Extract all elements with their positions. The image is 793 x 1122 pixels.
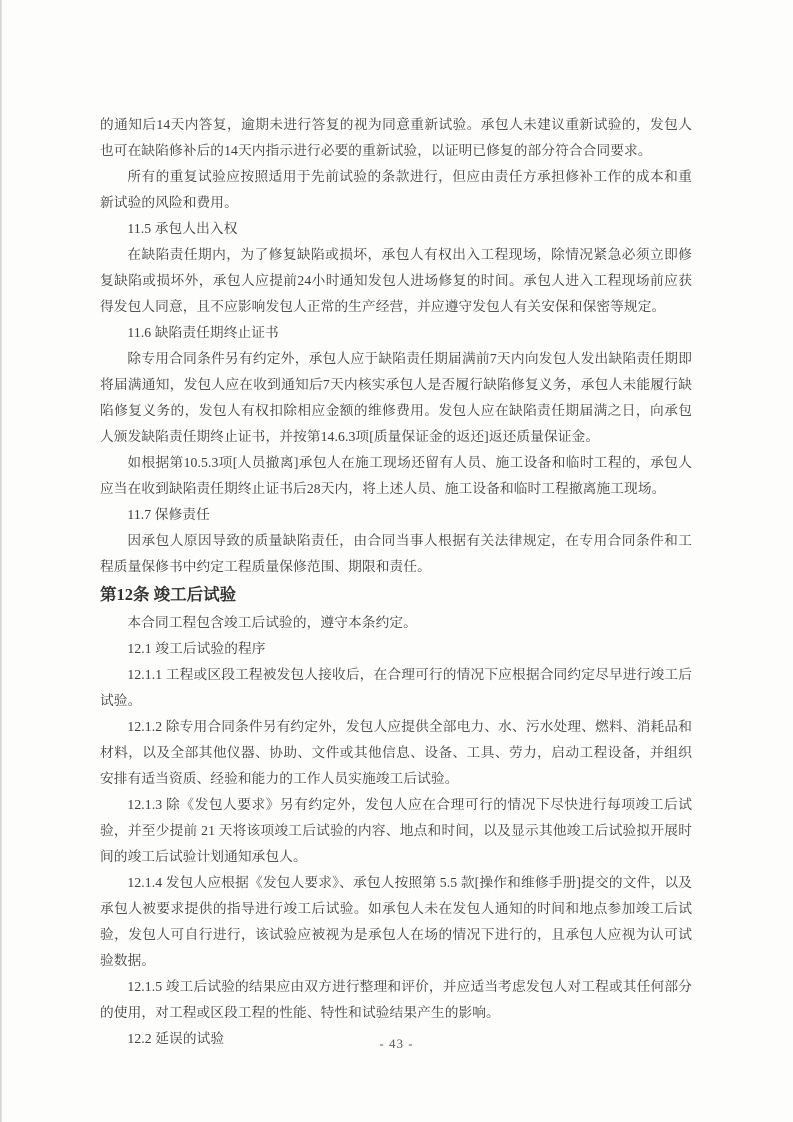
document-page: 的通知后14天内答复，逾期未进行答复的视为同意重新试验。承包人未建议重新试验的，… — [0, 0, 793, 1122]
paragraph: 在缺陷责任期内，为了修复缺陷或损坏，承包人有权出入工程现场，除情况紧急必须立即修… — [100, 242, 692, 320]
paragraph: 12.1.5 竣工后试验的结果应由双方进行整理和评价，并应适当考虑发包人对工程或… — [100, 974, 692, 1026]
paragraph: 的通知后14天内答复，逾期未进行答复的视为同意重新试验。承包人未建议重新试验的，… — [100, 112, 692, 164]
paragraph: 11.7 保修责任 — [100, 502, 692, 528]
paragraph: 本合同工程包含竣工后试验的，遵守本条约定。 — [100, 610, 692, 636]
scan-edge-shadow — [0, 0, 2, 1122]
page-number: - 43 - — [0, 1034, 793, 1054]
paragraph: 11.5 承包人出入权 — [100, 216, 692, 242]
section-heading: 第12条 竣工后试验 — [100, 580, 692, 610]
paragraph: 如根据第10.5.3项[人员撤离]承包人在施工现场还留有人员、施工设备和临时工程… — [100, 450, 692, 502]
paragraph: 11.6 缺陷责任期终止证书 — [100, 320, 692, 346]
paragraph: 除专用合同条件另有约定外，承包人应于缺陷责任期届满前7天内向发包人发出缺陷责任期… — [100, 346, 692, 450]
document-body: 的通知后14天内答复，逾期未进行答复的视为同意重新试验。承包人未建议重新试验的，… — [100, 112, 692, 1052]
paragraph: 因承包人原因导致的质量缺陷责任，由合同当事人根据有关法律规定，在专用合同条件和工… — [100, 528, 692, 580]
paragraph: 所有的重复试验应按照适用于先前试验的条款进行，但应由责任方承担修补工作的成本和重… — [100, 164, 692, 216]
paragraph: 12.1.1 工程或区段工程被发包人接收后，在合理可行的情况下应根据合同约定尽早… — [100, 662, 692, 714]
paragraph: 12.1.4 发包人应根据《发包人要求》、承包人按照第 5.5 款[操作和维修手… — [100, 870, 692, 974]
paragraph: 12.1.2 除专用合同条件另有约定外，发包人应提供全部电力、水、污水处理、燃料… — [100, 714, 692, 792]
paragraph: 12.1.3 除《发包人要求》另有约定外，发包人应在合理可行的情况下尽快进行每项… — [100, 792, 692, 870]
paragraph: 12.1 竣工后试验的程序 — [100, 636, 692, 662]
